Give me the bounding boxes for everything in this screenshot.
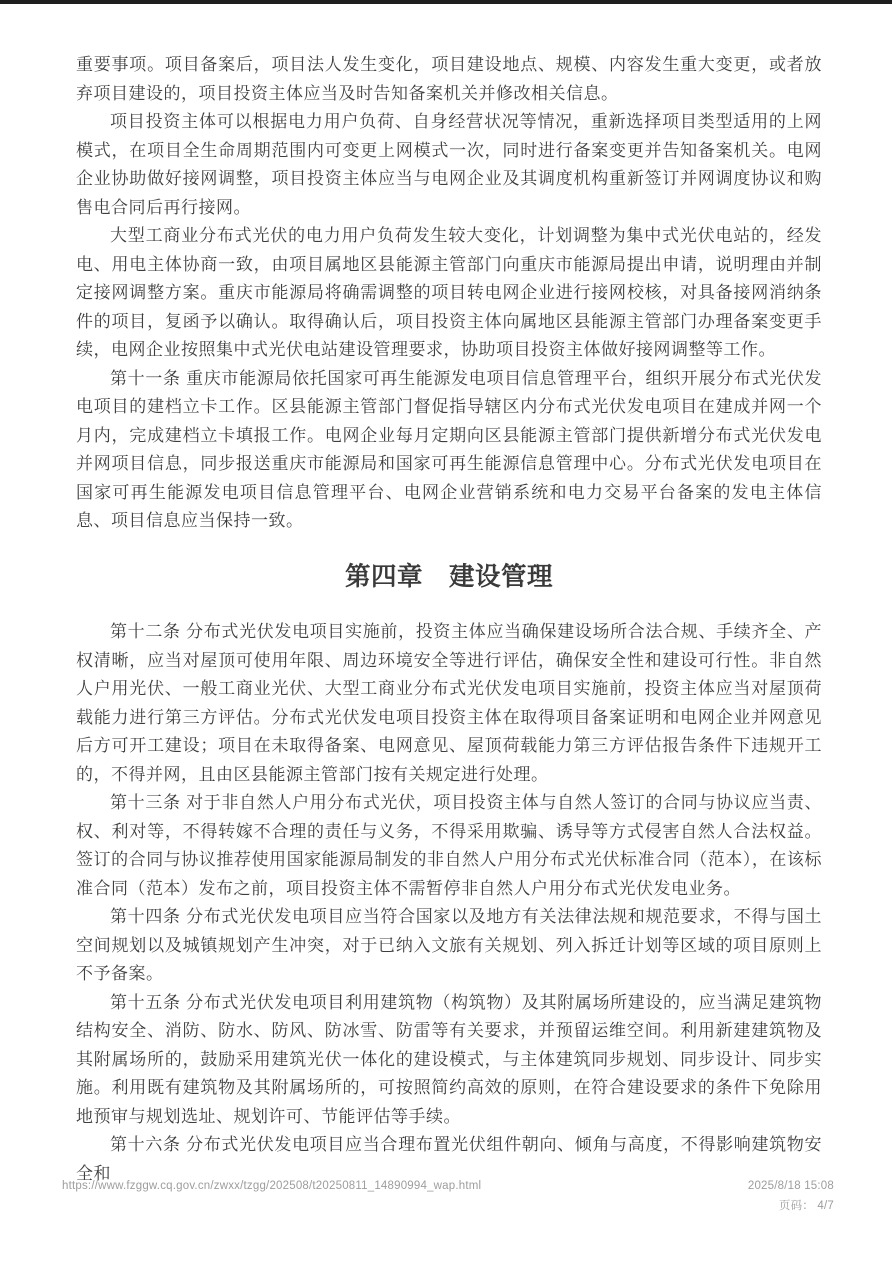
page-footer: https://www.fzggw.cq.gov.cn/zwxx/tzgg/20… (62, 1176, 834, 1216)
window-top-edge (0, 0, 892, 4)
chapter-heading: 第四章 建设管理 (76, 563, 822, 592)
paragraph-continuation: 重要事项。项目备案后，项目法人发生变化，项目建设地点、规模、内容发生重大变更，或… (76, 51, 822, 108)
paragraph-article-11: 第十一条 重庆市能源局依托国家可再生能源发电项目信息管理平台，组织开展分布式光伏… (76, 365, 822, 536)
footer-timestamp: 2025/8/18 15:08 (748, 1176, 834, 1196)
document-body: 重要事项。项目备案后，项目法人发生变化，项目建设地点、规模、内容发生重大变更，或… (76, 51, 822, 1188)
document-page: 重要事项。项目备案后，项目法人发生变化，项目建设地点、规模、内容发生重大变更，或… (0, 0, 892, 1262)
footer-meta: 2025/8/18 15:08 页码： 4/7 (748, 1176, 834, 1216)
paragraph-article-12: 第十二条 分布式光伏发电项目实施前，投资主体应当确保建设场所合法合规、手续齐全、… (76, 618, 822, 789)
footer-source-url: https://www.fzggw.cq.gov.cn/zwxx/tzgg/20… (62, 1176, 481, 1196)
paragraph: 项目投资主体可以根据电力用户负荷、自身经营状况等情况，重新选择项目类型适用的上网… (76, 108, 822, 222)
footer-page-number: 页码： 4/7 (748, 1196, 834, 1216)
paragraph-article-15: 第十五条 分布式光伏发电项目利用建筑物（构筑物）及其附属场所建设的，应当满足建筑… (76, 989, 822, 1132)
paragraph-article-14: 第十四条 分布式光伏发电项目应当符合国家以及地方有关法律法规和规范要求，不得与国… (76, 903, 822, 989)
paragraph: 大型工商业分布式光伏的电力用户负荷发生较大变化，计划调整为集中式光伏电站的，经发… (76, 222, 822, 365)
paragraph-article-13: 第十三条 对于非自然人户用分布式光伏，项目投资主体与自然人签订的合同与协议应当责… (76, 789, 822, 903)
